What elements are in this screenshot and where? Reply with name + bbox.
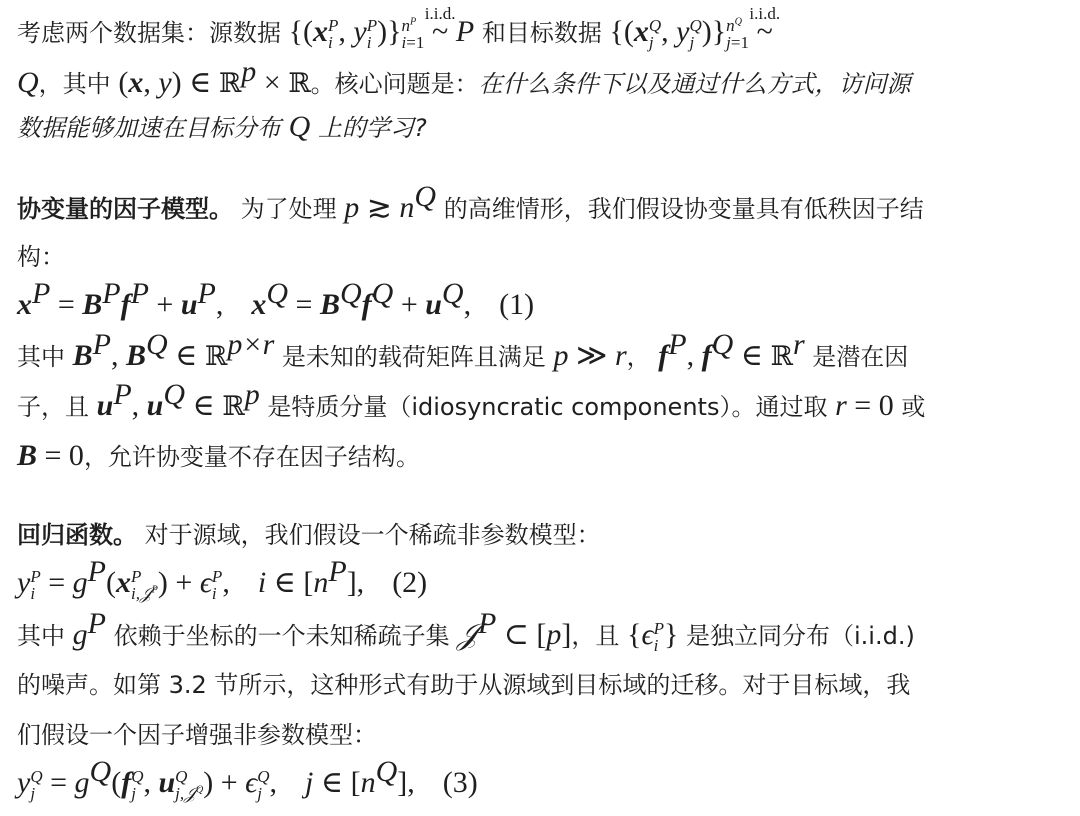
dim-condition: p ≳ nQ (344, 191, 436, 224)
p1-line2: Q，其中 (x, y) ∈ ℝp × ℝ。核心问题是：在什么条件下以及通过什么方… (17, 61, 911, 106)
p2-text: 是特质分量（idiosyncratic components）。通过取 (267, 393, 827, 421)
equation-number: (1) (499, 288, 534, 321)
p2-text: 子，且 (17, 393, 89, 421)
section-heading-factor-model: 协变量的因子模型。 (17, 195, 233, 223)
question-text: 在什么条件下以及通过什么方式，访问源 (479, 70, 911, 98)
p2-line1: 协变量的因子模型。 为了处理 p ≳ nQ 的高维情形，我们假设协变量具有低秩因… (17, 186, 924, 231)
p2-text: 或 (901, 393, 925, 421)
p3-text: 对于源域，我们假设一个稀疏非参数模型： (145, 521, 601, 549)
iid-tilde: i.i.d.~ (757, 17, 773, 47)
equation-1: xP = BPfP + uP,xQ = BQfQ + uQ,(1) (17, 283, 534, 328)
p1-text: 考虑两个数据集：源数据 (17, 19, 281, 47)
p2-line5: 子，且 uP, uQ ∈ ℝp 是特质分量（idiosyncratic comp… (17, 384, 925, 429)
p3-text: 的噪声。如第 3.2 节所示，这种形式有助于从源域到目标域的迁移。对于目标域，我 (17, 671, 910, 699)
p2-text: 是潜在因 (812, 343, 908, 371)
p2-text: 是未知的载荷矩阵且满足 (282, 343, 546, 371)
p3-text: 是独立同分布（i.i.d.) (686, 622, 915, 650)
p2-line6: B = 0，允许协变量不存在因子结构。 (17, 434, 420, 479)
p3-text: 们假设一个因子增强非参数模型： (17, 721, 377, 749)
p2-text: 为了处理 (241, 195, 337, 223)
idiosyncratic-formula: uP, uQ ∈ ℝp (97, 389, 260, 422)
dist-Q: Q (17, 66, 39, 99)
p2-text: 构： (17, 243, 65, 271)
iid-tilde: i.i.d.~ (432, 17, 448, 47)
pair-formula: (x, y) ∈ ℝp × ℝ (118, 66, 310, 99)
question-text: 数据能够加速在目标分布 (17, 114, 281, 142)
target-dataset-formula: {(xQj, yQj)}nQj=1 (609, 15, 749, 48)
equation-number: (2) (392, 566, 427, 599)
sparse-subset: 𝒥P ⊂ [p] (457, 618, 571, 651)
p3-line3: 其中 gP 依赖于坐标的一个未知稀疏子集 𝒥P ⊂ [p]，且 {ϵPi} 是独… (17, 613, 915, 658)
target-regression-equation: yQj = gQ(fQj, uQj,𝒥Q) + ϵQj,j ∈ [nQ], (17, 766, 443, 799)
equation-number: (3) (443, 766, 478, 799)
p2-text: ，允许协变量不存在因子结构。 (84, 443, 420, 471)
p1-line3: 数据能够加速在目标分布 Q 上的学习? (17, 105, 427, 150)
p2-line2: 构： (17, 235, 65, 279)
section-heading-regression: 回归函数。 (17, 521, 137, 549)
r-zero: r = 0 (835, 389, 894, 422)
factor-formula: fP, fQ ∈ ℝr (658, 339, 804, 372)
p2-text: 的高维情形，我们假设协变量具有低秩因子结 (444, 195, 924, 223)
dist-P: P (456, 15, 474, 48)
p2-text: ， (627, 343, 651, 371)
p3-text: ，且 (571, 622, 619, 650)
noise-set: {ϵPi} (627, 618, 678, 651)
B-zero: B = 0 (17, 439, 84, 472)
equation-2: yPi = gP(xPi,𝒥P) + ϵPi,i ∈ [nP],(2) (17, 561, 427, 606)
p1-text: 和目标数据 (482, 19, 602, 47)
p3-line4: 的噪声。如第 3.2 节所示，这种形式有助于从源域到目标域的迁移。对于目标域，我 (17, 663, 910, 707)
p1-line1: 考虑两个数据集：源数据 {(xPi, yPi)}nPi=1 i.i.d.~ P … (17, 10, 773, 55)
p1-text: ，其中 (39, 70, 111, 98)
source-regression-equation: yPi = gP(xPi,𝒥P) + ϵPi,i ∈ [nP], (17, 566, 392, 599)
p3-line5: 们假设一个因子增强非参数模型： (17, 713, 377, 757)
p3-line1: 回归函数。 对于源域，我们假设一个稀疏非参数模型： (17, 513, 601, 557)
p1-text: 。核心问题是： (311, 70, 479, 98)
p3-text: 其中 (17, 622, 65, 650)
p2-line4: 其中 BP, BQ ∈ ℝp×r 是未知的载荷矩阵且满足 p ≫ r， fP, … (17, 334, 908, 379)
factor-equation: xP = BPfP + uP,xQ = BQfQ + uQ, (17, 288, 499, 321)
dist-Q: Q (289, 110, 311, 143)
p2-text: 其中 (17, 343, 65, 371)
question-text: 上的学习? (318, 114, 427, 142)
loading-matrix-formula: BP, BQ ∈ ℝp×r (73, 339, 275, 372)
rank-condition: p ≫ r (554, 339, 627, 372)
gP: gP (73, 618, 106, 651)
equation-3: yQj = gQ(fQj, uQj,𝒥Q) + ϵQj,j ∈ [nQ],(3) (17, 761, 478, 806)
p3-text: 依赖于坐标的一个未知稀疏子集 (114, 622, 450, 650)
source-dataset-formula: {(xPi, yPi)}nPi=1 (289, 15, 425, 48)
